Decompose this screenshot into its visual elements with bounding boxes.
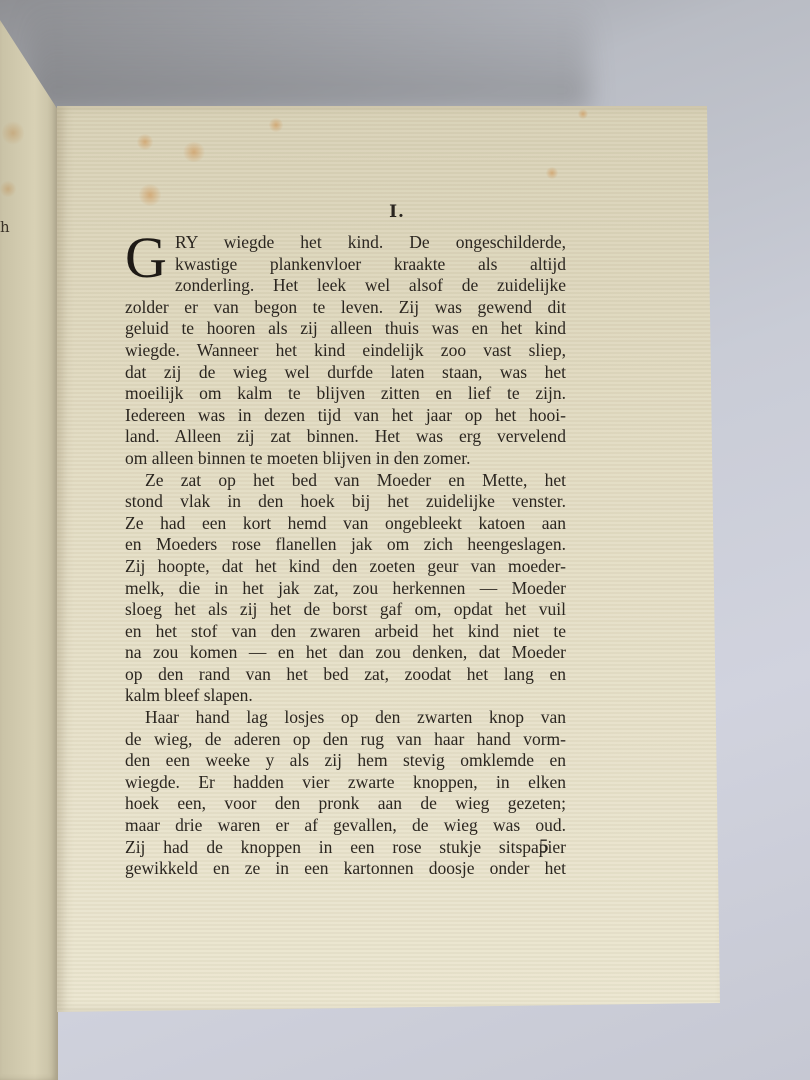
- text-line: wiegde. Er hadden vier zwarte knoppen, i…: [125, 772, 566, 794]
- text-line: kalm bleef slapen.: [125, 685, 566, 707]
- foxing-stain: [0, 180, 16, 198]
- text-line: Ze zat op het bed van Moeder en Mette, h…: [125, 470, 566, 492]
- body-text: G RY wiegde het kind. De ongeschilderde,…: [125, 232, 566, 880]
- text-line: melk, die in het jak zat, zou herkennen …: [125, 578, 566, 600]
- text-line: moeilijk om kalm te blijven zitten en li…: [125, 383, 566, 405]
- page-number: 5: [539, 836, 549, 858]
- text-line: kwastige plankenvloer kraakte als altijd: [125, 254, 566, 276]
- drop-cap: G: [125, 238, 167, 278]
- text-line: wiegde. Wanneer het kind eindelijk zoo v…: [125, 340, 566, 362]
- text-line: de wieg, de aderen op den rug van haar h…: [125, 729, 566, 751]
- background-shadow: [30, 0, 590, 110]
- text-line: land. Alleen zij zat binnen. Het was erg…: [125, 426, 566, 448]
- text-line: Ze had een kort hemd van ongebleekt kato…: [125, 513, 566, 535]
- text-line: Iedereen was in dezen tijd van het jaar …: [125, 405, 566, 427]
- foxing-stain: [2, 120, 24, 146]
- text-line: den een weeke y als zij hem stevig omkle…: [125, 750, 566, 772]
- foxing-stain: [578, 109, 588, 119]
- text-line: dat zij de wieg wel durfde laten staan, …: [125, 362, 566, 384]
- text-line: maar drie waren er af gevallen, de wieg …: [125, 815, 566, 837]
- text-line: op den rand van het bed zat, zoodat het …: [125, 664, 566, 686]
- text-line: na zou komen — en het dan zou denken, da…: [125, 642, 566, 664]
- text-line: zolder er van begon te leven. Zij was ge…: [125, 297, 566, 319]
- text-line: en Moeders rose flanellen jak om zich he…: [125, 534, 566, 556]
- text-line: Haar hand lag losjes op den zwarten knop…: [125, 707, 566, 729]
- foxing-stain: [137, 134, 153, 150]
- text-line: sloeg het als zij het de borst gaf om, o…: [125, 599, 566, 621]
- text-line: RY wiegde het kind. De ongeschilderde,: [125, 232, 566, 254]
- text-line: geluid te hooren als zij alleen thuis wa…: [125, 318, 566, 340]
- left-page-edge: h: [0, 20, 58, 1080]
- text-line: hoek een, voor den pronk aan de wieg gez…: [125, 793, 566, 815]
- foxing-stain: [269, 118, 283, 132]
- text-line: stond vlak in den hoek bij het zuidelijk…: [125, 491, 566, 513]
- foxing-stain: [183, 142, 205, 162]
- chapter-heading: I.: [57, 202, 737, 222]
- text-line: en het stof van den zwaren arbeid het ki…: [125, 621, 566, 643]
- left-page-text-fragment: h: [0, 218, 10, 236]
- foxing-stain: [546, 167, 558, 179]
- text-line: Zij had de knoppen in een rose stukje si…: [125, 837, 566, 859]
- text-line: Zij hoopte, dat het kind den zoeten geur…: [125, 556, 566, 578]
- text-line: zonderling. Het leek wel alsof de zuidel…: [125, 275, 566, 297]
- text-line: gewikkeld en ze in een kartonnen doosje …: [125, 858, 566, 880]
- book-page: I. G RY wiegde het kind. De ongeschilder…: [57, 106, 720, 1012]
- text-line: om alleen binnen te moeten blijven in de…: [125, 448, 566, 470]
